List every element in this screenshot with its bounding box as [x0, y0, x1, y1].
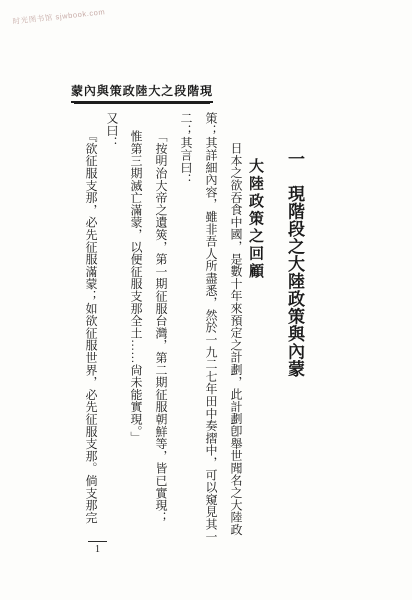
page-number: 1 [88, 541, 107, 555]
running-head: 蒙內與策政陸大之段階現 [71, 82, 213, 103]
body-column-7: 『欲征服支那，必先征服滿蒙；如欲征服世界，必先征服支那。倘支那完 [79, 130, 97, 524]
body-column-4: 「按明治大帝之遺筴，第一期征服台灣，第二期征服朝鮮等，皆已實現； [149, 130, 167, 524]
library-watermark: 时光图书馆 sjwbook.com [12, 6, 106, 27]
scanned-book-page: 时光图书馆 sjwbook.com 蒙內與策政陸大之段階現 一 現階段之大陸政策… [0, 0, 412, 600]
body-column-2: 策；其詳細內容，雖非吾人所盡悉，然於一九二七年田中奏摺中，可以窺見其一 [199, 112, 217, 543]
body-column-3: 二；其言曰： [174, 112, 192, 186]
body-column-5: 惟第三期滅亡滿蒙，以便征服支那全土……尙未能實現。」 [124, 130, 142, 444]
section-heading: 大陸政策之回顧 [243, 158, 263, 281]
chapter-title: 一 現階段之大陸政策與內蒙 [275, 150, 303, 378]
body-column-1: 日本之欲吞食中國，是數十年來預定之計劃，此計劃卽舉世聞名之大陸政 [224, 142, 242, 536]
body-column-6: 又曰： [100, 112, 118, 149]
